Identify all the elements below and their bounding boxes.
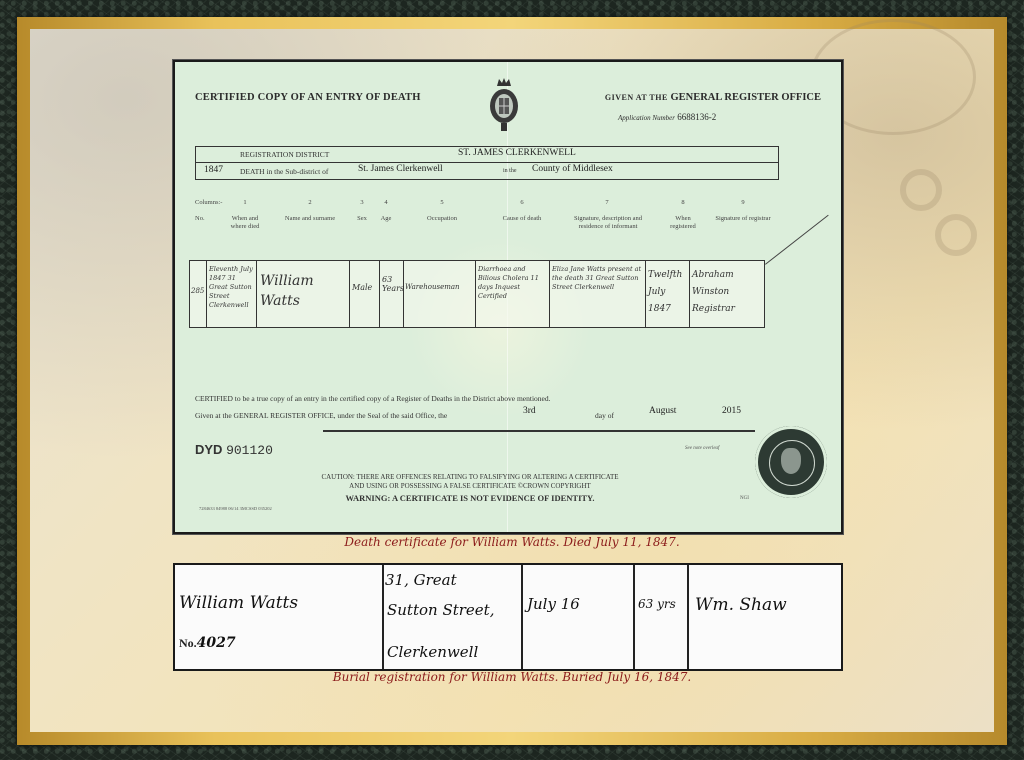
column-number: 7 xyxy=(592,199,622,207)
caution-line-1: CAUTION: THERE ARE OFFENCES RELATING TO … xyxy=(295,473,645,482)
column-header-occupation: Occupation xyxy=(413,215,471,223)
burial-number-value: 4027 xyxy=(197,635,236,651)
burial-age: 63 yrs xyxy=(638,595,684,613)
application-number-label: Application Number xyxy=(618,114,675,122)
subdistrict-value: St. James Clerkenwell xyxy=(358,164,443,174)
column-divider xyxy=(382,565,384,669)
cell-divider xyxy=(206,261,207,327)
column-header-when-where: When and where died xyxy=(225,215,265,231)
entry-occupation: Warehouseman xyxy=(405,283,460,292)
decorative-swirl xyxy=(900,169,942,211)
cell-divider xyxy=(689,261,690,327)
column-divider xyxy=(633,565,635,669)
issue-year: 2015 xyxy=(722,406,741,416)
cell-divider xyxy=(475,261,476,327)
burial-number: No.4027 xyxy=(179,635,236,651)
issue-month: August xyxy=(649,406,676,416)
entry-cause: Diarrhoea and Bilious Cholera 11 days In… xyxy=(478,265,548,301)
burial-abode-line-1: 31, Great xyxy=(385,571,457,589)
column-header-cause: Cause of death xyxy=(489,215,555,223)
registration-year: 1847 xyxy=(204,165,223,175)
entry-number: 285 xyxy=(191,287,204,296)
death-entry-row: 285 Eleventh July 1847 31 Great Sutton S… xyxy=(189,260,765,328)
decorative-swirl xyxy=(935,214,977,256)
cell-divider xyxy=(256,261,257,327)
in-the-label: in the xyxy=(503,168,517,174)
burial-name: William Watts xyxy=(179,593,298,613)
cell-divider xyxy=(349,261,350,327)
column-header-informant: Signature, description and residence of … xyxy=(567,215,649,231)
given-at-heading: GIVEN AT THE GENERAL REGISTER OFFICE xyxy=(605,92,821,103)
burial-abode-line-2: Sutton Street, xyxy=(387,601,494,619)
certified-statement: CERTIFIED to be a true copy of an entry … xyxy=(195,394,551,403)
column-divider xyxy=(687,565,689,669)
application-number: Application Number 6688136-2 xyxy=(618,112,716,122)
column-number: 6 xyxy=(507,199,537,207)
signature-rule xyxy=(323,430,755,432)
day-of-label: day of xyxy=(595,411,614,420)
burial-officiant: Wm. Shaw xyxy=(695,595,787,615)
cell-divider xyxy=(403,261,404,327)
seal-code: NGI xyxy=(740,496,749,501)
application-number-value: 6688136-2 xyxy=(677,112,716,122)
column-number: 2 xyxy=(295,199,325,207)
print-code: 7284633 84988 06/14 3MCSSD 035202 xyxy=(199,506,272,511)
entry-when-where: Eleventh July 1847 31 Great Sutton Stree… xyxy=(209,265,255,310)
registration-box: REGISTRATION DISTRICT ST. JAMES CLERKENW… xyxy=(195,146,779,180)
entry-when-registered: Twelfth July 1847 xyxy=(648,267,688,318)
seal-coat-of-arms-icon xyxy=(781,448,801,474)
column-number: 4 xyxy=(371,199,401,207)
royal-coat-of-arms-icon xyxy=(487,76,521,134)
column-header-name: Name and surname xyxy=(278,215,342,223)
column-divider xyxy=(521,565,523,669)
burial-register-excerpt: William Watts No.4027 31, Great Sutton S… xyxy=(173,563,843,671)
death-certificate-caption: Death certificate for William Watts. Die… xyxy=(0,535,1024,549)
entry-sex: Male xyxy=(352,283,372,292)
district-value: ST. JAMES CLERKENWELL xyxy=(458,148,576,158)
column-header-registrar: Signature of registrar xyxy=(715,215,771,223)
given-at-label: GIVEN AT THE xyxy=(605,93,668,102)
caution-line-2: AND USING OR POSSESSING A FALSE CERTIFIC… xyxy=(295,482,645,491)
cancel-stroke xyxy=(765,215,829,265)
columns-label: Columns:- xyxy=(195,199,222,207)
district-label: REGISTRATION DISTRICT xyxy=(240,150,329,159)
burial-number-label: No. xyxy=(179,636,197,650)
cell-divider xyxy=(645,261,646,327)
see-note-overleaf: See note overleaf xyxy=(685,446,719,451)
column-number: 5 xyxy=(427,199,457,207)
column-number: 8 xyxy=(668,199,698,207)
column-header-when-registered: When registered xyxy=(663,215,703,231)
serial-number: 901120 xyxy=(226,443,273,458)
death-certificate: CERTIFIED COPY OF AN ENTRY OF DEATH GIVE… xyxy=(173,60,843,534)
given-statement: Given at the GENERAL REGISTER OFFICE, un… xyxy=(195,411,447,420)
entry-informant: Eliza Jane Watts present at the death 31… xyxy=(552,265,644,292)
subdistrict-label: DEATH in the Sub-district of xyxy=(240,167,328,176)
divider xyxy=(196,162,778,163)
cell-divider xyxy=(549,261,550,327)
column-number: 1 xyxy=(230,199,260,207)
column-header-age: Age xyxy=(371,215,401,223)
issue-day: 3rd xyxy=(523,406,536,416)
cell-divider xyxy=(379,261,380,327)
caution-notice: CAUTION: THERE ARE OFFENCES RELATING TO … xyxy=(295,473,645,491)
entry-registrar: Abraham Winston Registrar xyxy=(692,267,762,318)
general-register-office-seal-icon xyxy=(755,426,827,498)
column-number: 9 xyxy=(728,199,758,207)
burial-date: July 16 xyxy=(527,595,580,613)
serial-prefix: DYD xyxy=(195,442,222,457)
office-name: GENERAL REGISTER OFFICE xyxy=(670,92,821,103)
entry-age: 63 Years xyxy=(382,275,402,293)
identity-warning: WARNING: A CERTIFICATE IS NOT EVIDENCE O… xyxy=(295,493,645,503)
column-header-no: No. xyxy=(195,215,215,223)
entry-name: William Watts xyxy=(260,271,348,311)
burial-abode-line-3: Clerkenwell xyxy=(387,643,478,661)
county-value: County of Middlesex xyxy=(532,164,613,174)
burial-registration-caption: Burial registration for William Watts. B… xyxy=(0,670,1024,684)
certificate-title: CERTIFIED COPY OF AN ENTRY OF DEATH xyxy=(195,92,421,103)
certificate-serial: DYD 901120 xyxy=(195,442,273,458)
